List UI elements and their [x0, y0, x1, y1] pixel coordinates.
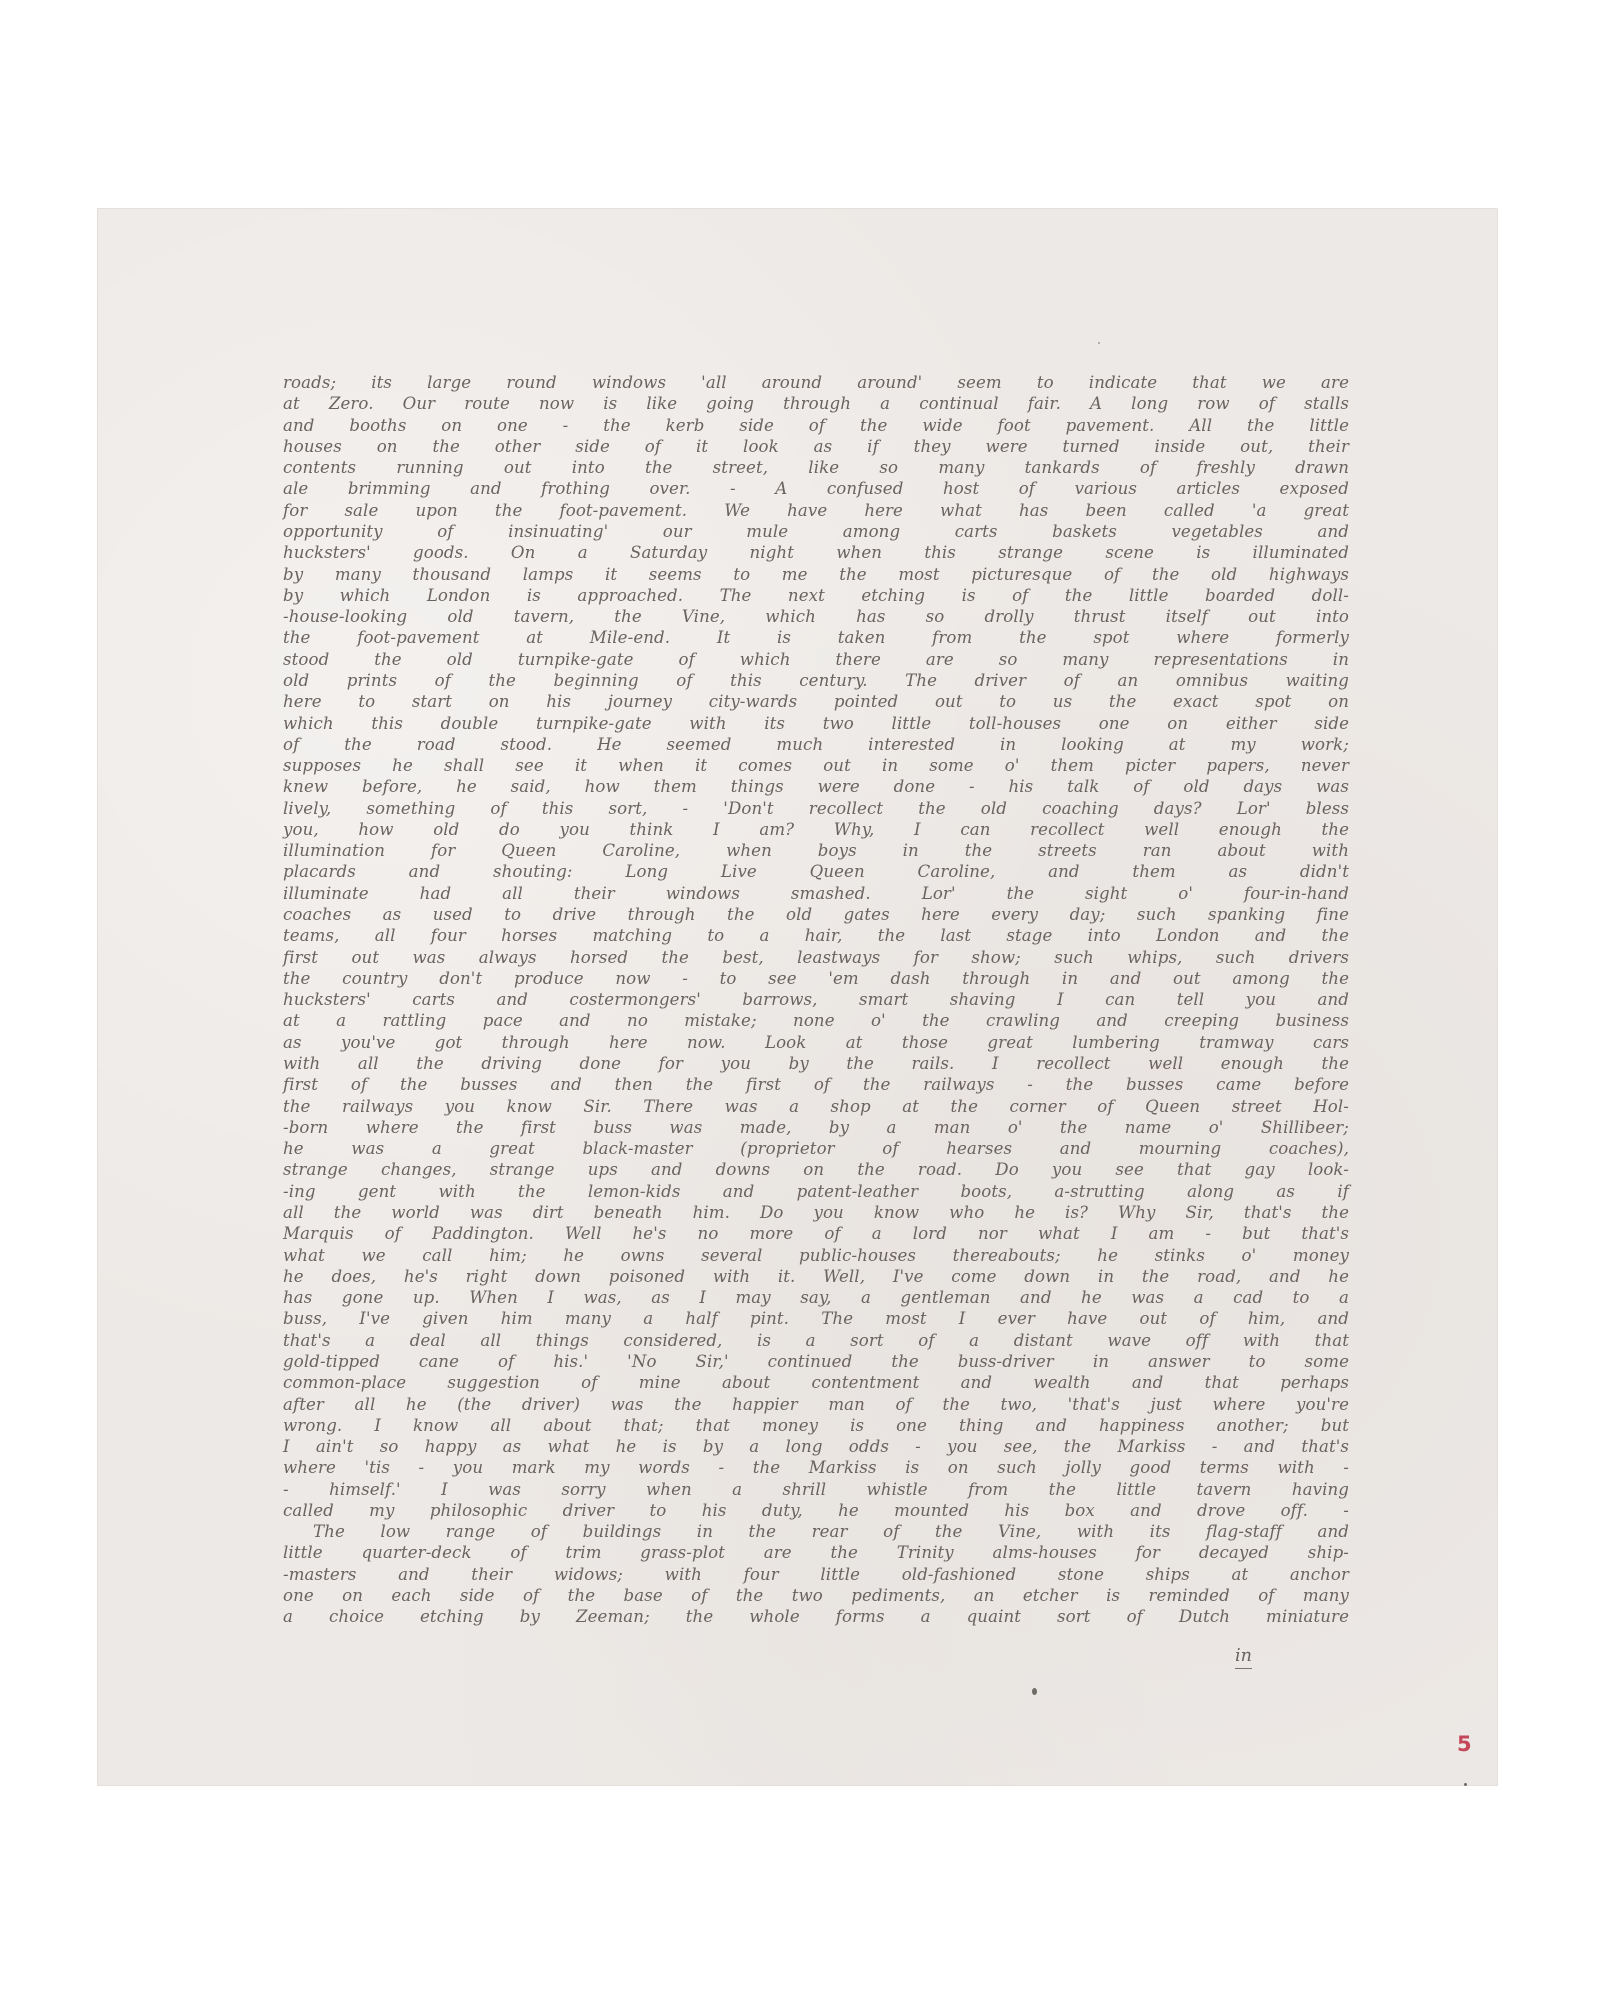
manuscript-line: for sale upon the foot-pavement. We have… [283, 500, 1349, 521]
manuscript-line: hucksters' carts and costermongers' barr… [283, 989, 1349, 1010]
manuscript-line: at a rattling pace and no mistake; none … [283, 1010, 1349, 1031]
manuscript-line: the railways you know Sir. There was a s… [283, 1096, 1349, 1117]
catchword: in [1235, 1646, 1252, 1669]
manuscript-line: gold-tipped cane of his.' 'No Sir,' cont… [283, 1351, 1349, 1372]
paper-speck-mark [1464, 1783, 1467, 1786]
manuscript-line: wrong. I know all about that; that money… [283, 1415, 1349, 1436]
manuscript-line: knew before, he said, how them things we… [283, 776, 1349, 797]
manuscript-line: common-place suggestion of mine about co… [283, 1372, 1349, 1393]
paper-speck-mark [1032, 1688, 1037, 1695]
manuscript-line: as you've got through here now. Look at … [283, 1032, 1349, 1053]
manuscript-line: little quarter-deck of trim grass-plot a… [283, 1542, 1349, 1563]
manuscript-line: teams, all four horses matching to a hai… [283, 925, 1349, 946]
manuscript-line: first of the busses and then the first o… [283, 1074, 1349, 1095]
manuscript-line: here to start on his journey city-wards … [283, 691, 1349, 712]
manuscript-line: where 'tis - you mark my words - the Mar… [283, 1457, 1349, 1478]
manuscript-line: by many thousand lamps it seems to me th… [283, 564, 1349, 585]
manuscript-line: contents running out into the street, li… [283, 457, 1349, 478]
manuscript-line: -born where the first buss was made, by … [283, 1117, 1349, 1138]
manuscript-line: old prints of the beginning of this cent… [283, 670, 1349, 691]
manuscript-line: - himself.' I was sorry when a shrill wh… [283, 1479, 1349, 1500]
manuscript-line: has gone up. When I was, as I may say, a… [283, 1287, 1349, 1308]
manuscript-line: the foot-pavement at Mile-end. It is tak… [283, 627, 1349, 648]
manuscript-line: with all the driving done for you by the… [283, 1053, 1349, 1074]
manuscript-line: supposes he shall see it when it comes o… [283, 755, 1349, 776]
manuscript-text: roads; its large round windows 'all arou… [283, 372, 1349, 1628]
manuscript-line: buss, I've given him many a half pint. T… [283, 1308, 1349, 1329]
manuscript-line: the country don't produce now - to see '… [283, 968, 1349, 989]
manuscript-line: illuminate had all their windows smashed… [283, 883, 1349, 904]
manuscript-line: which this double turnpike-gate with its… [283, 713, 1349, 734]
manuscript-line: Marquis of Paddington. Well he's no more… [283, 1223, 1349, 1244]
manuscript-line: -masters and their widows; with four lit… [283, 1564, 1349, 1585]
manuscript-line: coaches as used to drive through the old… [283, 904, 1349, 925]
manuscript-line: -ing gent with the lemon-kids and patent… [283, 1181, 1349, 1202]
manuscript-line: lively, something of this sort, - 'Don't… [283, 798, 1349, 819]
manuscript-line: at Zero. Our route now is like going thr… [283, 393, 1349, 414]
manuscript-line: -house-looking old tavern, the Vine, whi… [283, 606, 1349, 627]
manuscript-line: called my philosophic driver to his duty… [283, 1500, 1349, 1521]
manuscript-line: after all he (the driver) was the happie… [283, 1394, 1349, 1415]
manuscript-line: placards and shouting: Long Live Queen C… [283, 861, 1349, 882]
manuscript-line: stood the old turnpike-gate of which the… [283, 649, 1349, 670]
manuscript-line: first out was always horsed the best, le… [283, 947, 1349, 968]
manuscript-line: roads; its large round windows 'all arou… [283, 372, 1349, 393]
manuscript-line: what we call him; he owns several public… [283, 1245, 1349, 1266]
manuscript-line: one on each side of the base of the two … [283, 1585, 1349, 1606]
manuscript-line: I ain't so happy as what he is by a long… [283, 1436, 1349, 1457]
manuscript-line: by which London is approached. The next … [283, 585, 1349, 606]
manuscript-line: and booths on one - the kerb side of the… [283, 415, 1349, 436]
manuscript-line: a choice etching by Zeeman; the whole fo… [283, 1606, 1349, 1627]
manuscript-line: he does, he's right down poisoned with i… [283, 1266, 1349, 1287]
manuscript-line: that's a deal all things considered, is … [283, 1330, 1349, 1351]
paper-speck-mark [1098, 342, 1100, 344]
manuscript-line: illumination for Queen Caroline, when bo… [283, 840, 1349, 861]
manuscript-line: you, how old do you think I am? Why, I c… [283, 819, 1349, 840]
manuscript-line: he was a great black-master (proprietor … [283, 1138, 1349, 1159]
manuscript-line: houses on the other side of it look as i… [283, 436, 1349, 457]
manuscript-line: opportunity of insinuating' our mule amo… [283, 521, 1349, 542]
manuscript-line: strange changes, strange ups and downs o… [283, 1159, 1349, 1180]
manuscript-line-paragraph-start: The low range of buildings in the rear o… [283, 1521, 1349, 1542]
manuscript-line: all the world was dirt beneath him. Do y… [283, 1202, 1349, 1223]
manuscript-line: of the road stood. He seemed much intere… [283, 734, 1349, 755]
page-number: 5 [1457, 1732, 1472, 1756]
manuscript-line: hucksters' goods. On a Saturday night wh… [283, 542, 1349, 563]
manuscript-line: ale brimming and frothing over. - A conf… [283, 478, 1349, 499]
